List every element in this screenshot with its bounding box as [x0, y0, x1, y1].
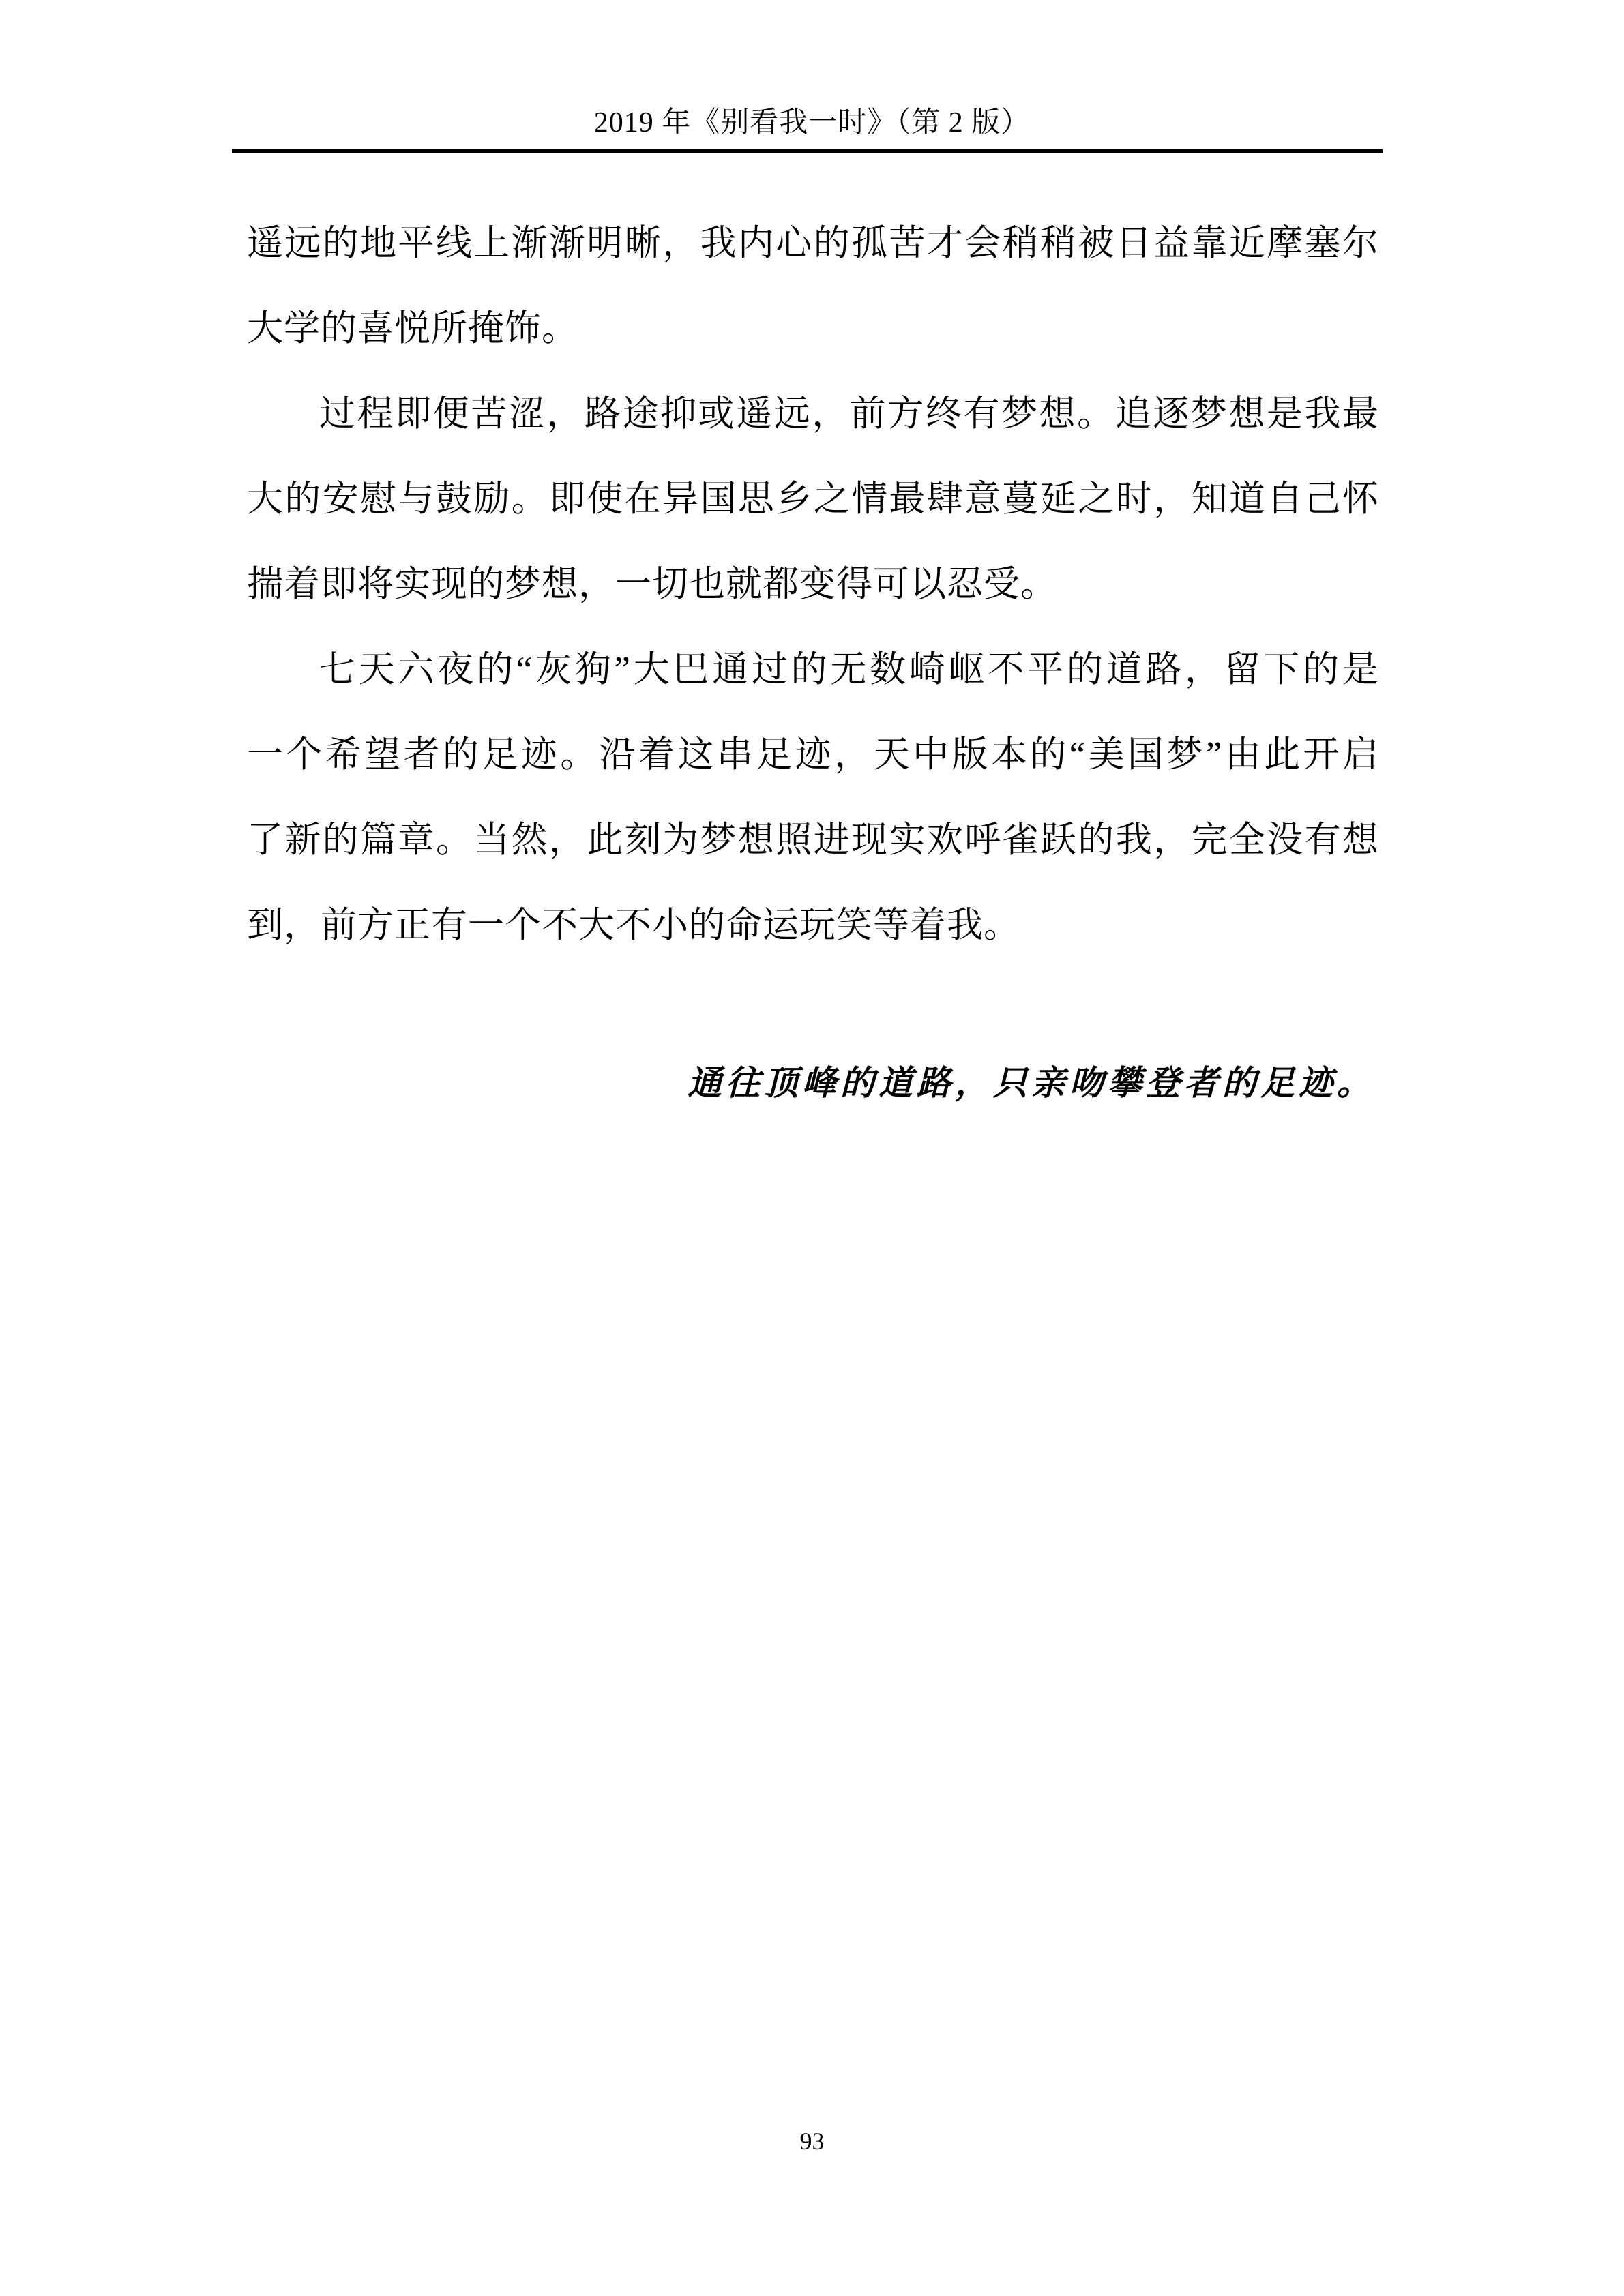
page-number: 93 — [0, 2126, 1624, 2156]
epigraph-quote: 通往顶峰的道路，只亲吻攀登者的足迹。 — [688, 1059, 1375, 1107]
body-line: 了新的篇章。当然，此刻为梦想照进现实欢呼雀跃的我，完全没有想 — [247, 798, 1379, 883]
document-page: 2019 年《别看我一时》（第 2 版） 遥远的地平线上渐渐明晰，我内心的孤苦才… — [0, 0, 1624, 2296]
body-line: 大的安慰与鼓励。即使在异国思乡之情最肆意蔓延之时，知道自己怀 — [247, 457, 1379, 542]
body-line: 揣着即将实现的梦想，一切也就都变得可以忍受。 — [247, 542, 1379, 627]
running-header-title: 2019 年《别看我一时》（第 2 版） — [0, 105, 1624, 140]
header-divider-rule — [232, 149, 1383, 153]
paragraph: 七天六夜的“灰狗”大巴通过的无数崎岖不平的道路，留下的是 一个希望者的足迹。沿着… — [247, 627, 1379, 968]
body-line: 大学的喜悦所掩饰。 — [247, 286, 1379, 372]
body-line: 过程即便苦涩，路途抑或遥远，前方终有梦想。追逐梦想是我最 — [247, 372, 1379, 457]
body-line: 到，前方正有一个不大不小的命运玩笑等着我。 — [247, 883, 1379, 968]
paragraph: 遥远的地平线上渐渐明晰，我内心的孤苦才会稍稍被日益靠近摩塞尔 大学的喜悦所掩饰。 — [247, 201, 1379, 372]
body-line: 一个希望者的足迹。沿着这串足迹，天中版本的“美国梦”由此开启 — [247, 713, 1379, 798]
page-body: 遥远的地平线上渐渐明晰，我内心的孤苦才会稍稍被日益靠近摩塞尔 大学的喜悦所掩饰。… — [247, 201, 1379, 968]
paragraph: 过程即便苦涩，路途抑或遥远，前方终有梦想。追逐梦想是我最 大的安慰与鼓励。即使在… — [247, 372, 1379, 627]
body-line: 遥远的地平线上渐渐明晰，我内心的孤苦才会稍稍被日益靠近摩塞尔 — [247, 201, 1379, 286]
body-line: 七天六夜的“灰狗”大巴通过的无数崎岖不平的道路，留下的是 — [247, 627, 1379, 713]
